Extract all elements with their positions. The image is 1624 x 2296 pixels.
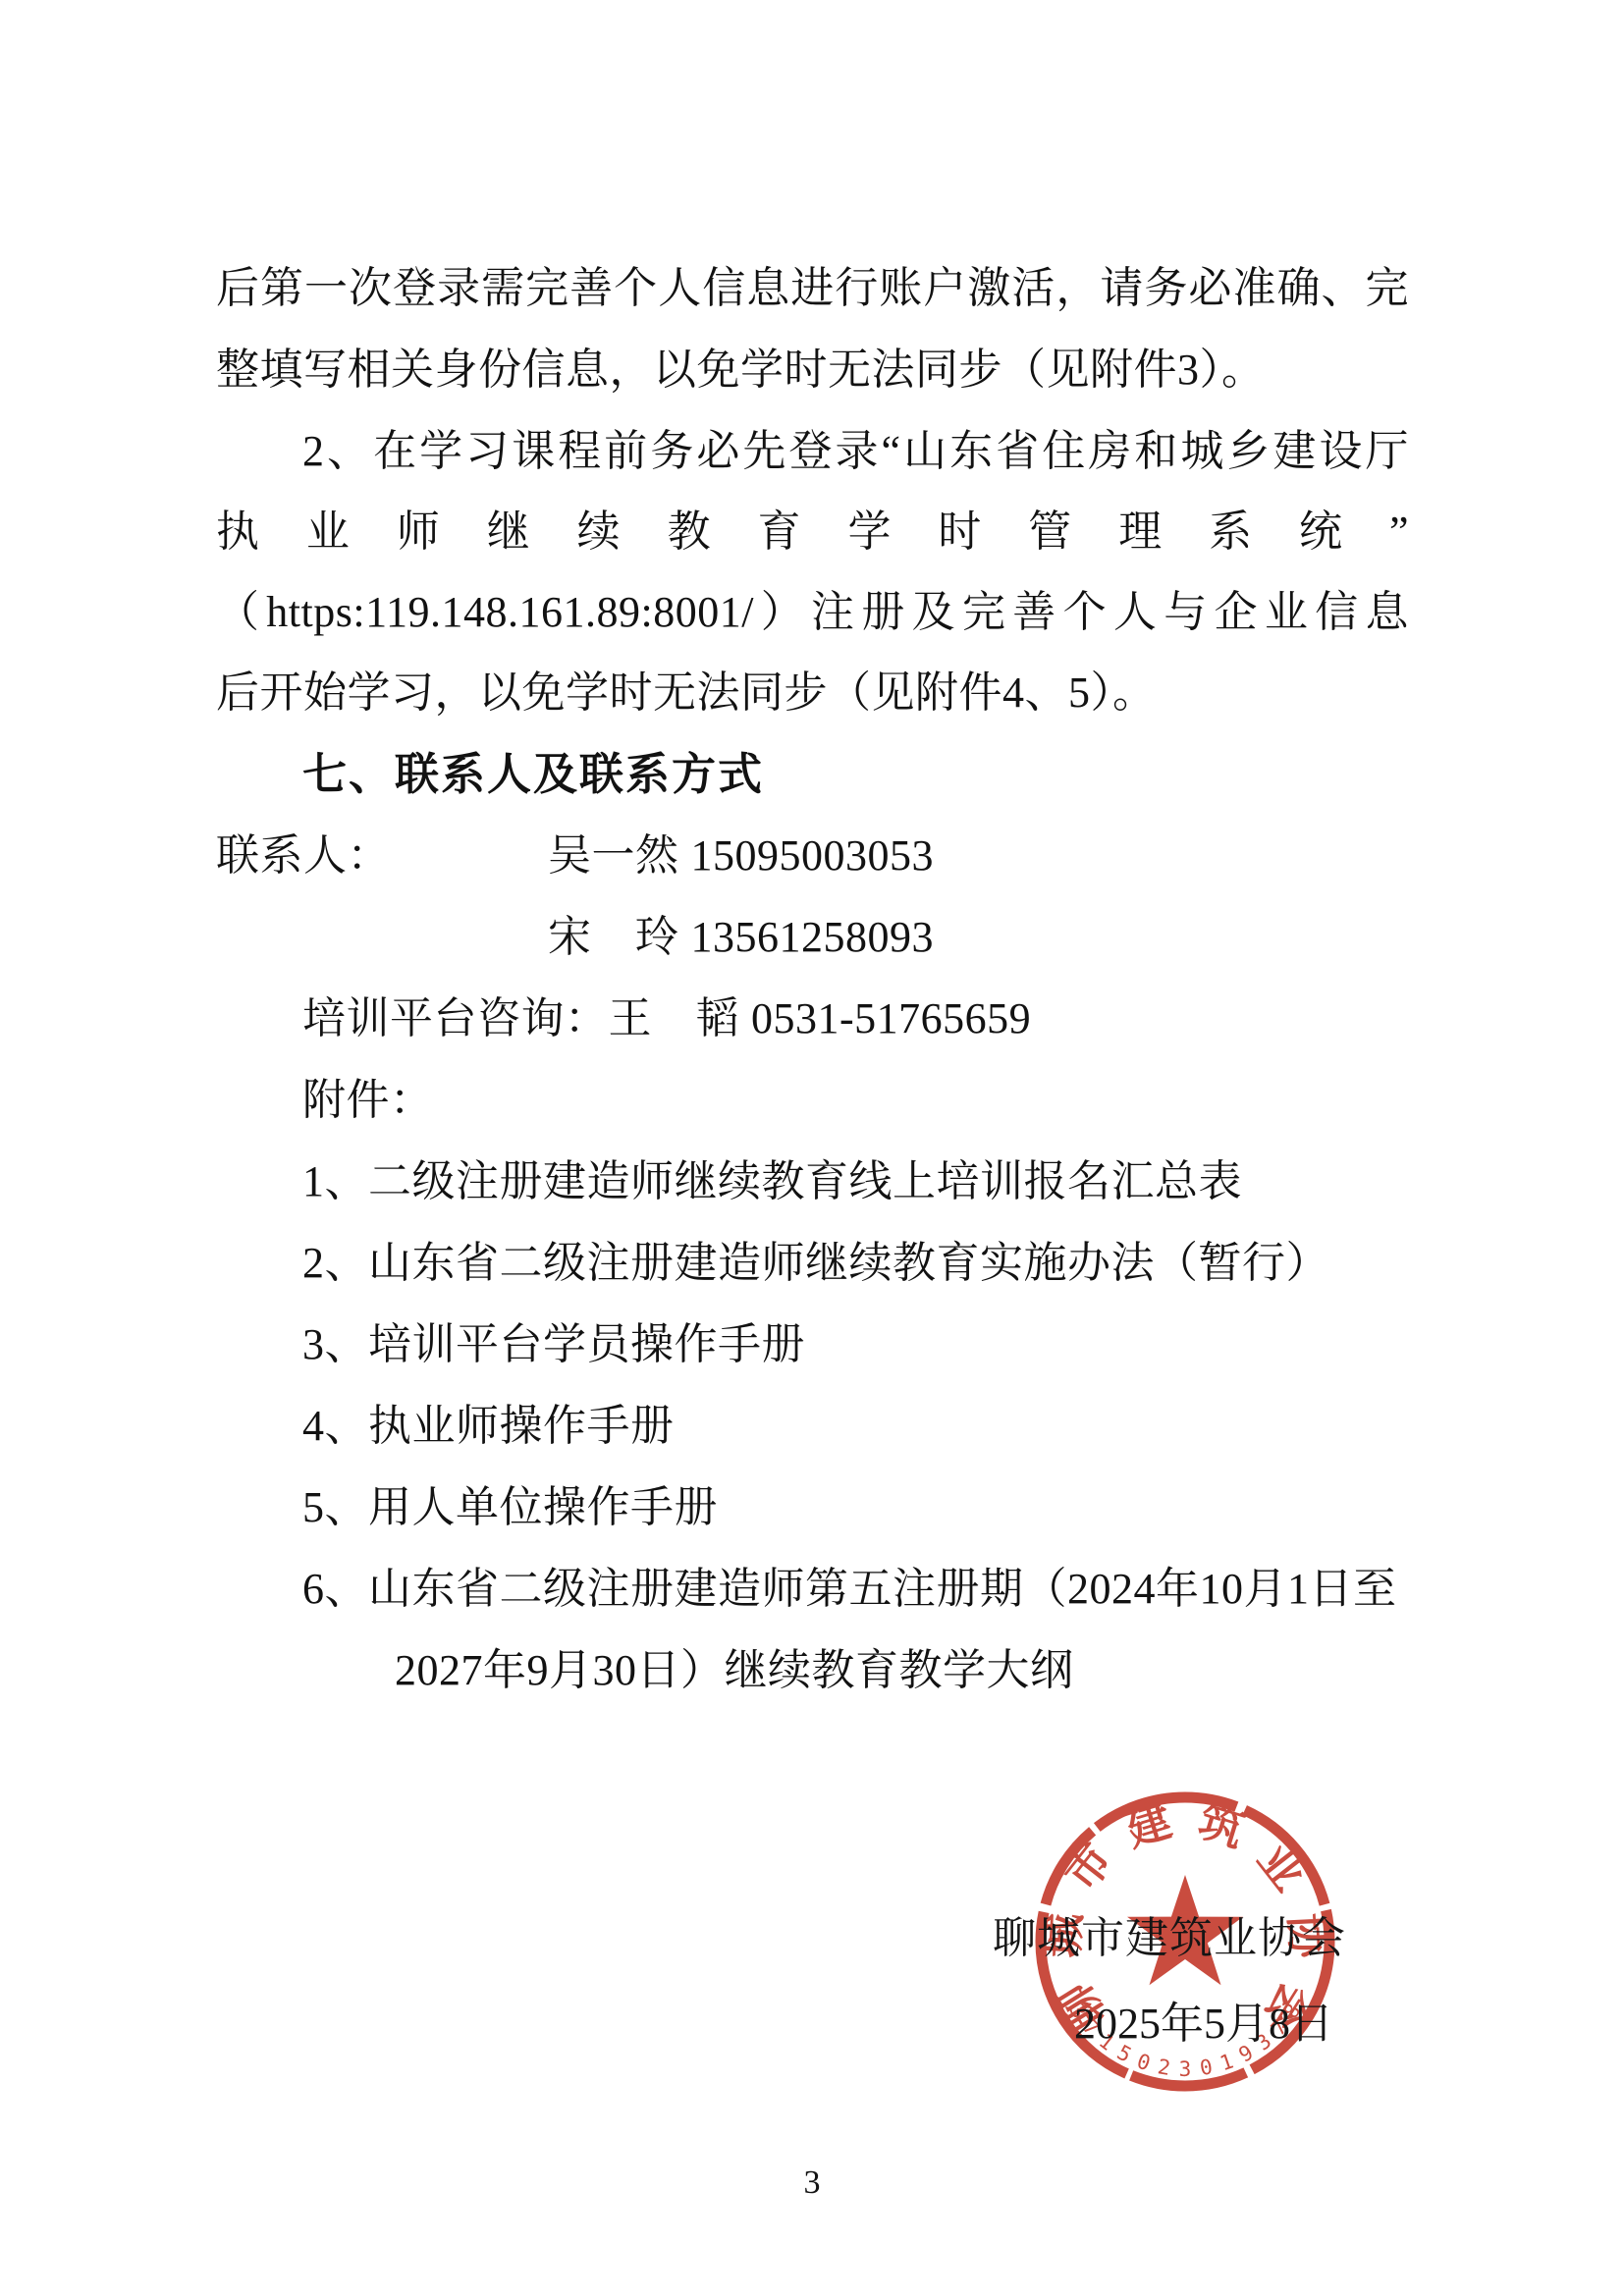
contact-line: 培训平台咨询：王 韬 0531-51765659 [302,993,1409,1044]
attachment-item: 2、山东省二级注册建造师继续教育实施办法（暂行） [302,1238,1409,1289]
seal-serial-digit: 3 [1179,2057,1192,2081]
seal-ring-char: 业 [1248,1835,1315,1900]
contact-label: 联系人： [216,830,548,881]
seal-serial-digit: 0 [1198,2055,1214,2080]
seal-ring-char: 市 [1056,1835,1122,1900]
contact-line: 联系人：吴一然 15095003053 [216,830,1409,881]
section-header: 七、联系人及联系方式 [302,749,1409,800]
contact-person-name: 宋 玲 [548,912,679,963]
platform-label: 培训平台咨询： [302,994,609,1042]
document-page: 后第一次登录需完善个人信息进行账户激活，请务必准确、完 整填写相关身份信息，以免… [0,0,1624,2296]
contact-person-phone: 13561258093 [691,913,935,961]
body-line: 整填写相关身份信息，以免学时无法同步（见附件3）。 [216,345,1409,396]
attachment-item: 1、二级注册建造师继续教育线上培训报名汇总表 [302,1156,1409,1207]
contact-person-name: 吴一然 [548,830,679,881]
attachment-item: 3、培训平台学员操作手册 [302,1319,1409,1370]
body-line: 2、在学习课程前务必先登录“山东省住房和城乡建设厅 [216,426,1409,477]
seal-ring-char: 筑 [1193,1795,1250,1856]
attachment-item: 5、用人单位操作手册 [302,1482,1409,1533]
page-number: 3 [0,2163,1624,2203]
attachment-item: 6、山东省二级注册建造师第五注册期（2024年10月1日至 [302,1564,1409,1615]
seal-serial-digit: 2 [1156,2055,1171,2080]
body-line-url: （https:119.148.161.89:8001/）注册及完善个人与企业信息 [216,587,1409,638]
body-line: 后开始学习，以免学时无法同步（见附件4、5）。 [216,667,1409,719]
contact-line: 宋 玲 13561258093 [216,912,1409,963]
signoff-date: 2025年5月8日 [1074,1999,1333,2050]
body-line: 后第一次登录需完善个人信息进行账户激活，请务必准确、完 [216,263,1409,314]
platform-contact-phone: 0531-51765659 [751,994,1031,1042]
attachment-item: 4、执业师操作手册 [302,1401,1409,1452]
body-line: 执业师继续教育学时管理系统” [216,507,1409,558]
seal-serial-digit: 0 [1134,2049,1154,2075]
attachment-item-continuation: 2027年9月30日）继续教育教学大纲 [395,1645,1409,1696]
signoff-organization: 聊城市建筑业协会 [993,1913,1346,1964]
attachments-label: 附件： [302,1075,1409,1126]
seal-serial-digit: 1 [1217,2049,1236,2075]
contact-person-phone: 15095003053 [691,831,935,880]
platform-contact-name: 王 韬 [609,993,740,1044]
